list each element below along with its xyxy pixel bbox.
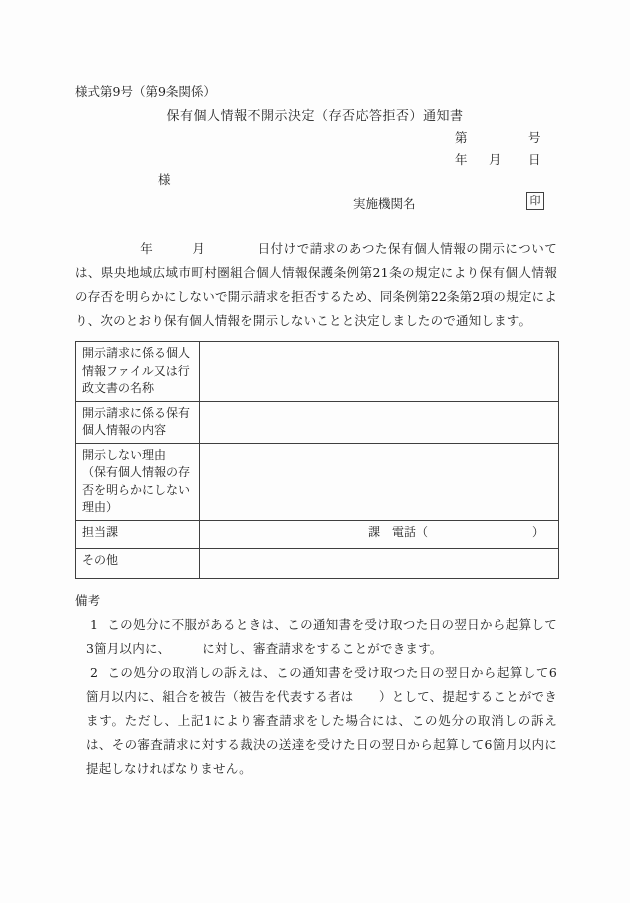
table-row-other: その他 bbox=[76, 548, 559, 578]
date-day-label: 日 bbox=[528, 150, 541, 168]
table-row-info-content: 開示請求に係る保有 個人情報の内容 bbox=[76, 401, 559, 443]
notice-body-paragraph: 年 月 日付けで請求のあつた保有個人情報の開示については、県央地域広域市町村圏組… bbox=[75, 237, 557, 333]
doc-number-prefix: 第 bbox=[455, 128, 468, 146]
addressee-honorific: 様 bbox=[158, 170, 171, 188]
date-month-label: 月 bbox=[489, 150, 502, 168]
remark-1-number: 1 bbox=[90, 617, 98, 632]
remark-2-number: 2 bbox=[90, 665, 98, 680]
remark-1-text: この処分に不服があるときは、この通知書を受け取つた日の翌日から起算して3箇月以内… bbox=[86, 617, 557, 656]
seal-stamp-box: 印 bbox=[526, 192, 544, 210]
row-label-section-in-charge: 担当課 bbox=[76, 520, 200, 548]
disclosure-form-table: 開示請求に係る個人 情報ファイル又は行 政文書の名称 開示請求に係る保有 個人情… bbox=[75, 341, 559, 579]
row-value-section-in-charge: 課 電話（ ） bbox=[200, 520, 559, 548]
form-number: 様式第9号（第9条関係） bbox=[75, 82, 216, 100]
table-row-reason: 開示しない理由 （保有個人情報の存 否を明らかにしない 理由） bbox=[76, 443, 559, 520]
agency-name-label: 実施機関名 bbox=[353, 194, 416, 212]
document-page: 様式第9号（第9条関係） 保有個人情報不開示決定（存否応答拒否）通知書 第 号 … bbox=[0, 0, 630, 903]
remark-item-2: 2この処分の取消しの訴えは、この通知書を受け取つた日の翌日から起算して6箇月以内… bbox=[75, 661, 557, 781]
row-value-reason bbox=[200, 443, 559, 520]
row-label-info-content: 開示請求に係る保有 個人情報の内容 bbox=[76, 401, 200, 443]
date-year-label: 年 bbox=[455, 150, 468, 168]
page-title: 保有個人情報不開示決定（存否応答拒否）通知書 bbox=[0, 105, 630, 124]
row-value-other bbox=[200, 548, 559, 578]
row-value-file-name bbox=[200, 342, 559, 402]
table-row-file-name: 開示請求に係る個人 情報ファイル又は行 政文書の名称 bbox=[76, 342, 559, 402]
phone-close-paren: ） bbox=[532, 524, 544, 542]
remark-2-text: この処分の取消しの訴えは、この通知書を受け取つた日の翌日から起算して6箇月以内に… bbox=[86, 665, 557, 776]
row-label-file-name: 開示請求に係る個人 情報ファイル又は行 政文書の名称 bbox=[76, 342, 200, 402]
remarks-section: 備考 1この処分に不服があるときは、この通知書を受け取つた日の翌日から起算して3… bbox=[75, 589, 557, 781]
doc-number-suffix: 号 bbox=[528, 128, 541, 146]
remark-item-1: 1この処分に不服があるときは、この通知書を受け取つた日の翌日から起算して3箇月以… bbox=[75, 613, 557, 661]
document-header: 様式第9号（第9条関係） 保有個人情報不開示決定（存否応答拒否）通知書 第 号 … bbox=[0, 0, 630, 233]
table-row-section-in-charge: 担当課 課 電話（ ） bbox=[76, 520, 559, 548]
remarks-heading: 備考 bbox=[75, 589, 557, 613]
row-value-info-content bbox=[200, 401, 559, 443]
row-label-reason: 開示しない理由 （保有個人情報の存 否を明らかにしない 理由） bbox=[76, 443, 200, 520]
section-phone-label: 課 電話（ bbox=[368, 524, 428, 542]
row-label-other: その他 bbox=[76, 548, 200, 578]
